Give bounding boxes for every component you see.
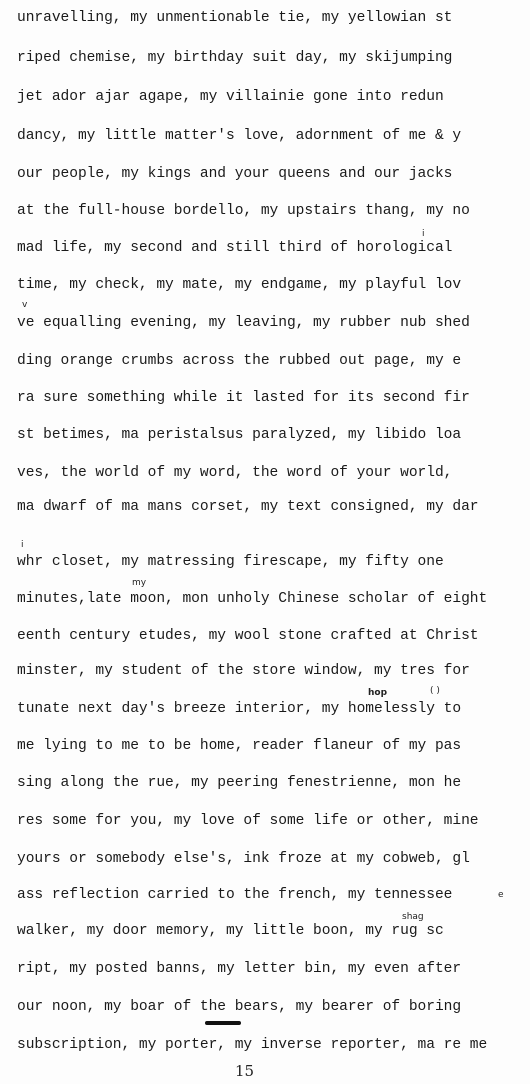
text-line: tunate next day's breeze interior, my ho… xyxy=(17,700,461,718)
text-line: st betimes, ma peristalsus paralyzed, my… xyxy=(17,426,461,444)
handwritten-insert-shag: shag xyxy=(402,912,424,922)
page-number: 15 xyxy=(235,1062,254,1080)
text-line: yours or somebody else's, ink froze at m… xyxy=(17,850,470,868)
typewritten-page: unravelling, my unmentionable tie, my ye… xyxy=(0,0,530,1084)
text-line: dancy, my little matter's love, adornmen… xyxy=(17,127,461,145)
text-line: at the full-house bordello, my upstairs … xyxy=(17,202,470,220)
text-line: our noon, my boar of the bears, my beare… xyxy=(17,998,461,1016)
text-line: mad life, my second and still third of h… xyxy=(17,239,452,257)
text-line: our people, my kings and your queens and… xyxy=(17,165,452,183)
text-line: time, my check, my mate, my endgame, my … xyxy=(17,276,461,294)
text-line: walker, my door memory, my little boon, … xyxy=(17,922,444,940)
handwritten-insert-hop: hop xyxy=(368,688,387,698)
text-line: sing along the rue, my peering fenestrie… xyxy=(17,774,461,792)
handwritten-mark-whr: i xyxy=(21,540,24,550)
text-line: ve equalling evening, my leaving, my rub… xyxy=(17,314,470,332)
handwritten-mark-lov: v xyxy=(22,300,27,310)
text-line: me lying to me to be home, reader flaneu… xyxy=(17,737,461,755)
text-line: ra sure something while it lasted for it… xyxy=(17,389,470,407)
text-line: jet ador ajar agape, my villainie gone i… xyxy=(17,88,444,106)
text-line: eenth century etudes, my wool stone craf… xyxy=(17,627,479,645)
text-line: unravelling, my unmentionable tie, my ye… xyxy=(17,9,452,27)
text-line: minster, my student of the store window,… xyxy=(17,662,470,680)
handwritten-mark-thang: i xyxy=(422,229,425,239)
text-line: ript, my posted banns, my letter bin, my… xyxy=(17,960,461,978)
text-line: ves, the world of my word, the word of y… xyxy=(17,464,452,482)
text-line: minutes,late moon, mon unholy Chinese sc… xyxy=(17,590,487,608)
text-line: subscription, my porter, my inverse repo… xyxy=(17,1036,487,1054)
text-line: ass reflection carried to the french, my… xyxy=(17,886,452,904)
struck-out-word xyxy=(205,1021,241,1025)
handwritten-mark-parens: ( ) xyxy=(430,686,440,696)
text-line: res some for you, my love of some life o… xyxy=(17,812,479,830)
handwritten-insert-my: my xyxy=(132,578,146,588)
text-line: riped chemise, my birthday suit day, my … xyxy=(17,49,452,67)
text-line: ding orange crumbs across the rubbed out… xyxy=(17,352,461,370)
text-line: ma dwarf of ma mans corset, my text cons… xyxy=(17,498,479,516)
text-line: whr closet, my matressing firescape, my … xyxy=(17,553,444,571)
handwritten-mark-tennessee: e xyxy=(498,890,504,900)
